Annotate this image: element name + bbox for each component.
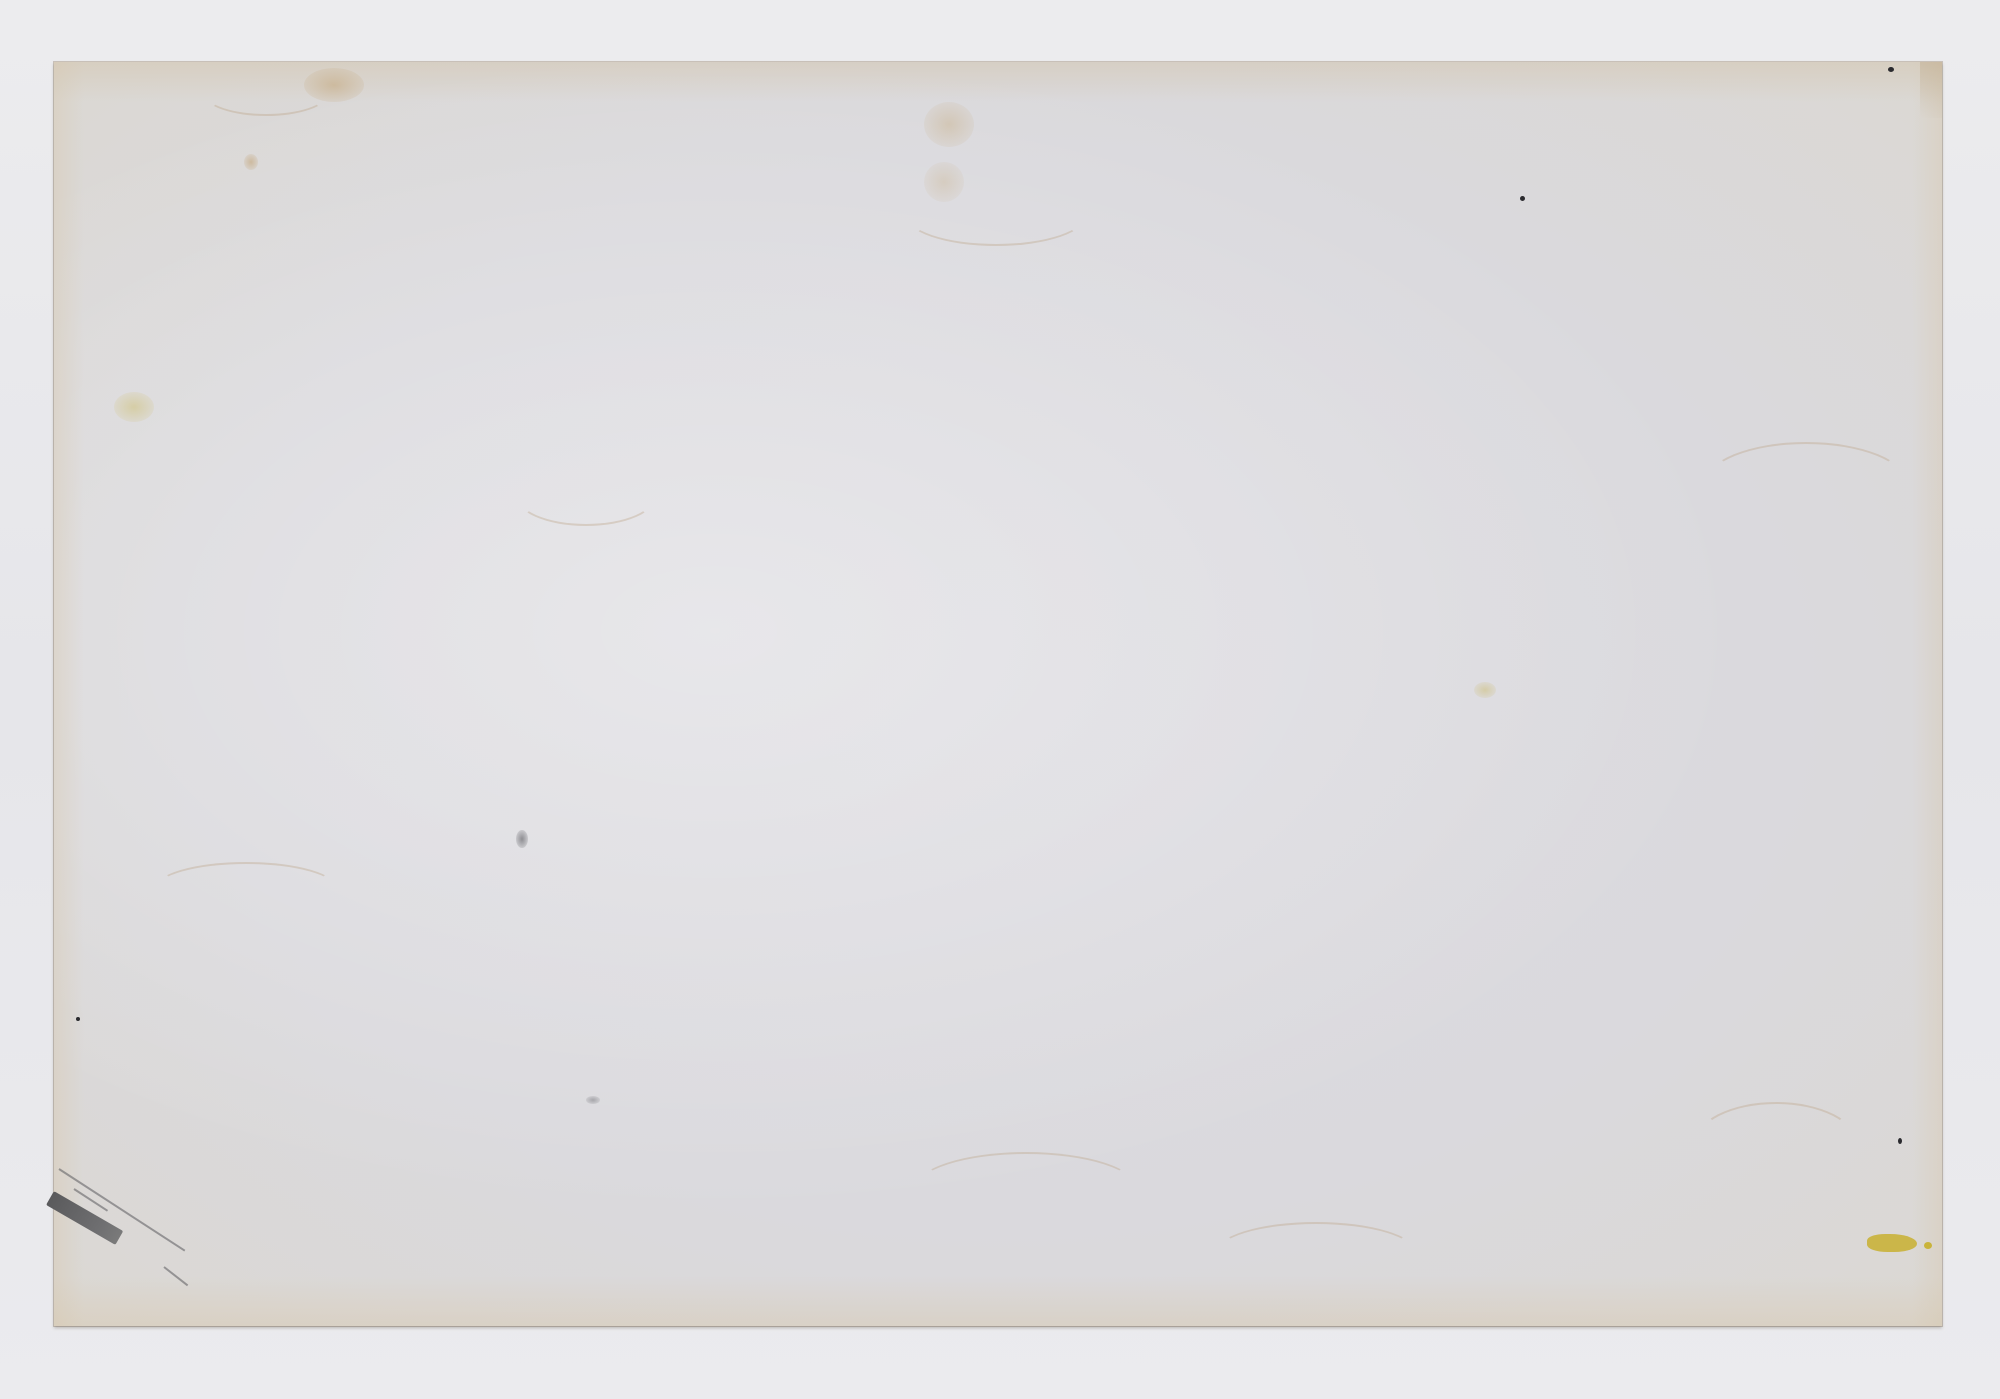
crease-line <box>1214 1222 1418 1286</box>
stain-spot <box>244 154 258 170</box>
crease-line <box>204 72 328 116</box>
corner-wear-top-right <box>1920 62 1942 118</box>
gray-smudge <box>516 830 528 848</box>
stain-spot <box>924 102 974 147</box>
stain-spot <box>114 392 154 422</box>
card-edge-discoloration-bottom <box>54 1276 1942 1326</box>
yellow-paint-spot <box>1867 1234 1917 1252</box>
crease-line <box>154 862 338 916</box>
yellow-paint-spot-small <box>1924 1242 1932 1249</box>
blank-card <box>54 62 1942 1326</box>
ink-speck <box>76 1017 80 1021</box>
card-edge-discoloration-right <box>1912 62 1942 1326</box>
card-edge-discoloration-left <box>54 62 84 1326</box>
ink-speck <box>1888 67 1894 72</box>
crease-line <box>914 1152 1138 1226</box>
crease-line <box>904 182 1088 246</box>
stain-spot <box>1474 682 1496 698</box>
crease-line <box>1694 1102 1858 1186</box>
crease-line <box>1704 442 1908 526</box>
ink-speck <box>1898 1138 1902 1144</box>
crease-line <box>514 462 658 526</box>
gray-smudge <box>586 1096 600 1104</box>
ink-speck <box>1520 196 1525 201</box>
